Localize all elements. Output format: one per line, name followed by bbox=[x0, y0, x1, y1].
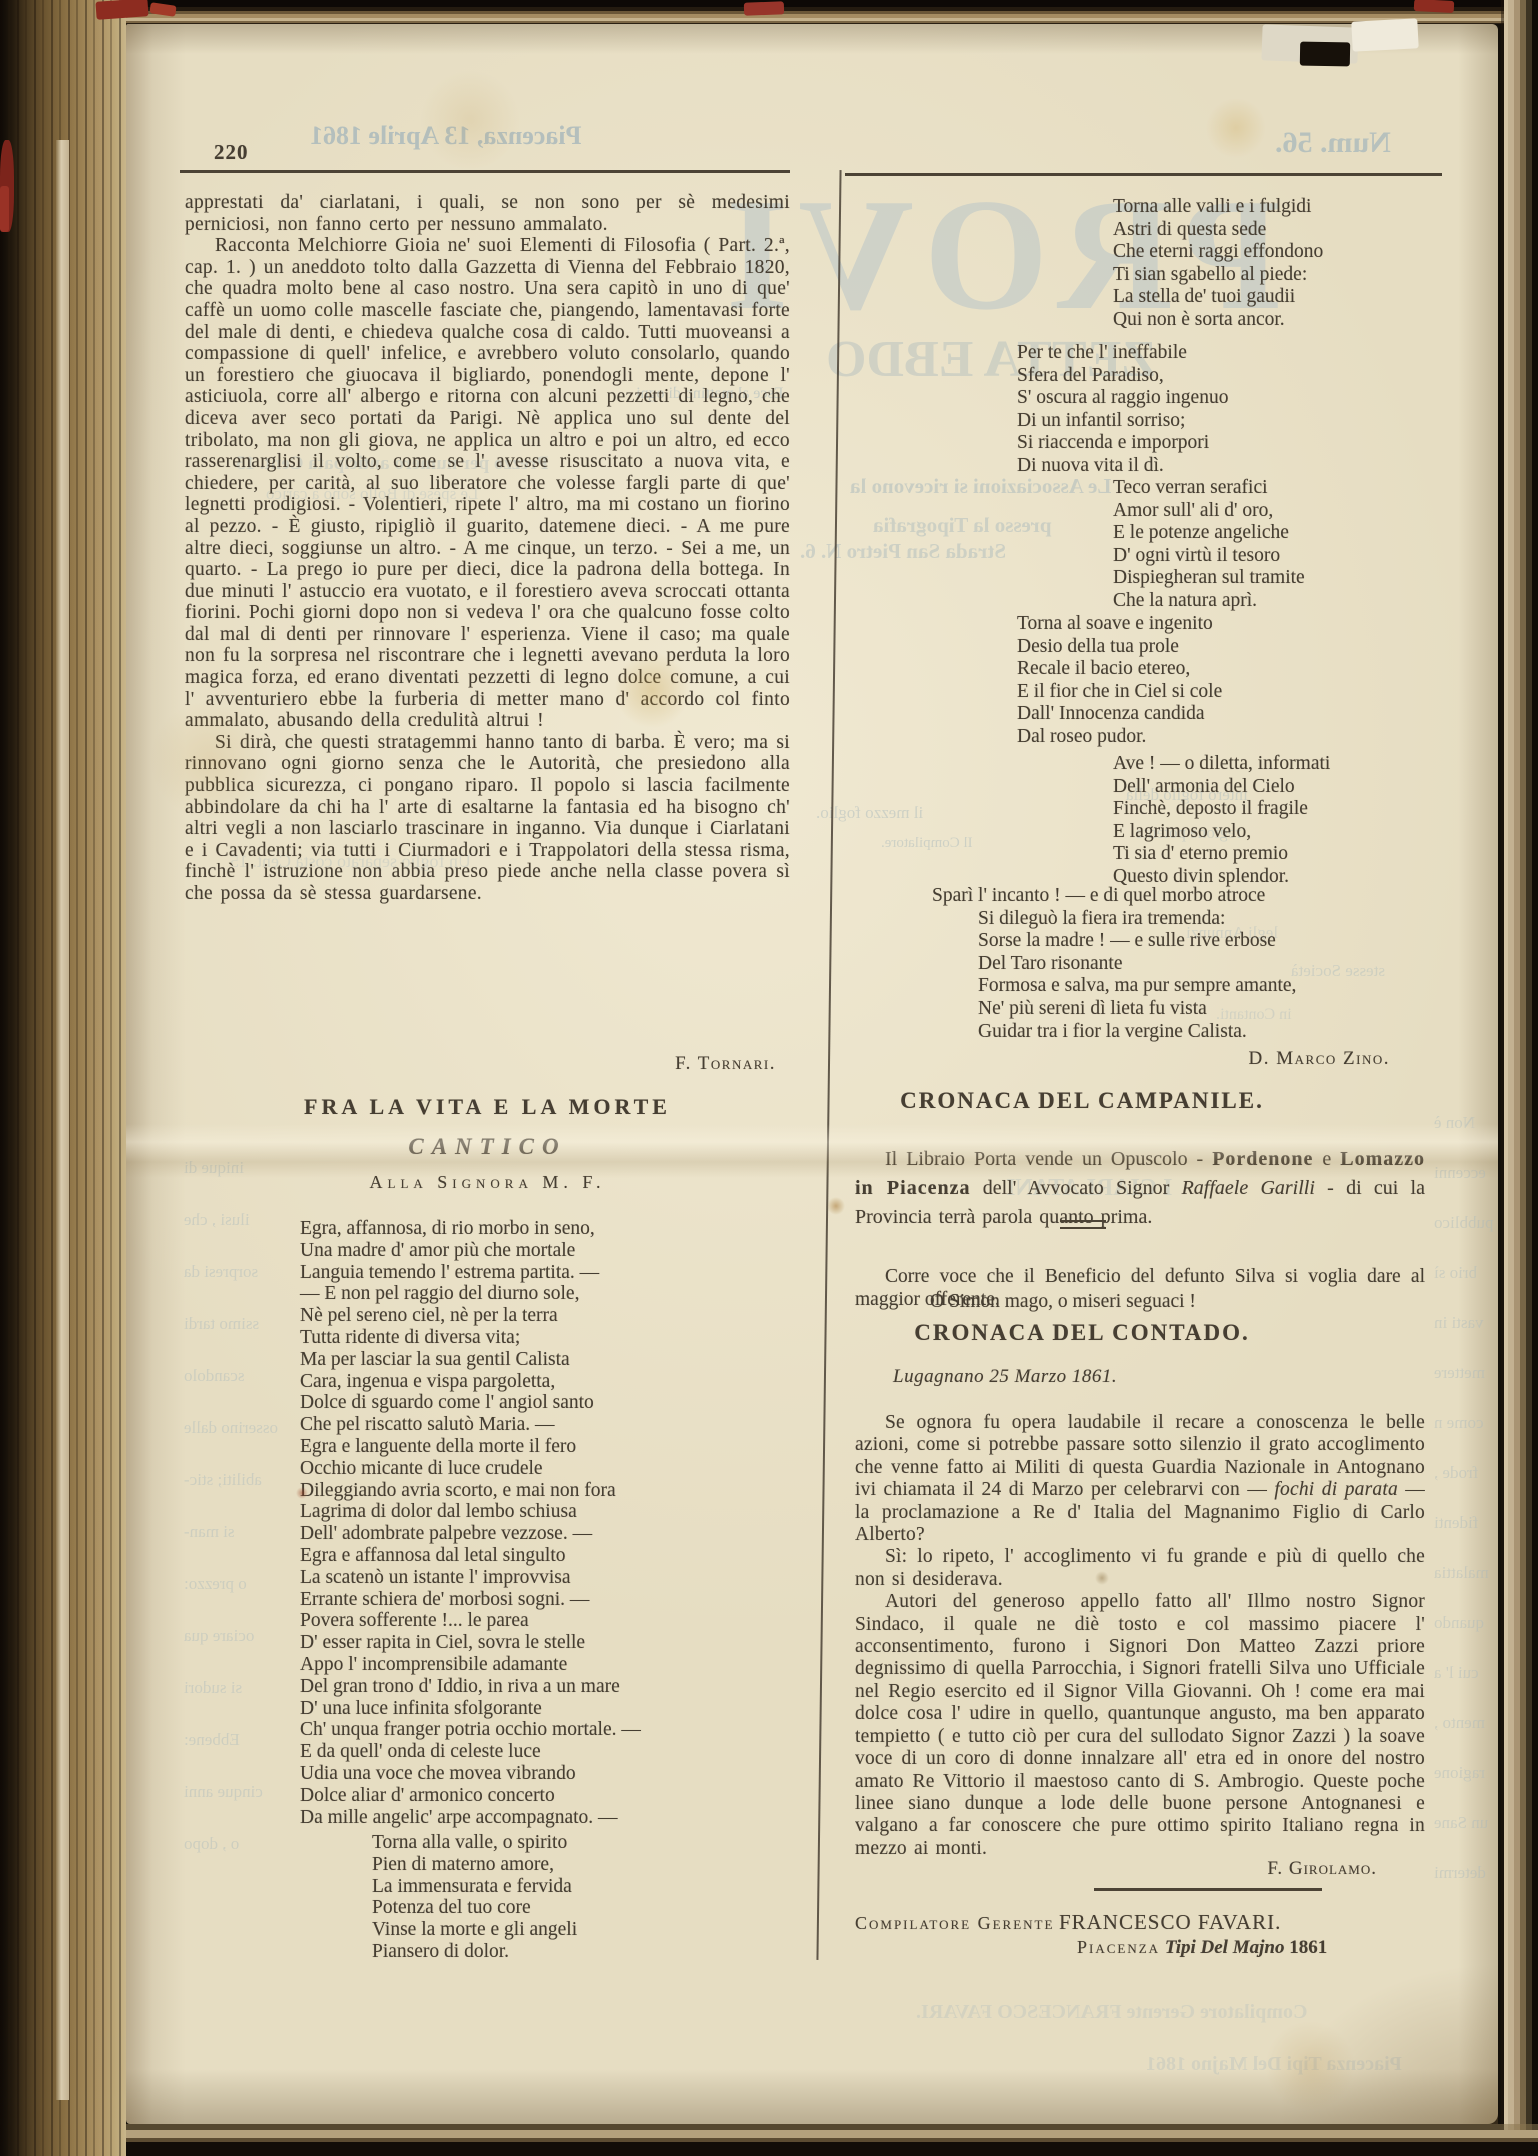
cantico-poem: Egra, affannosa, di rio morbo in seno,Un… bbox=[300, 1218, 641, 1828]
poem-line: Egra e languente della morte il fero bbox=[300, 1436, 641, 1458]
poem-line: Ti sia d' eterno premio bbox=[1113, 843, 1330, 866]
poem-line: — E non pel raggio del diurno sole, bbox=[300, 1283, 641, 1305]
poem-line: Si riaccenda e imporpori bbox=[1017, 432, 1228, 455]
poem-line: La stella de' tuoi gaudii bbox=[1113, 286, 1323, 309]
torn-paper-fragment bbox=[1414, 0, 1455, 13]
poem-line: Ne' più sereni dì lieta fu vista bbox=[978, 998, 1296, 1021]
imprint-printer: Tipi Del Majno bbox=[1165, 1937, 1285, 1958]
imprint-year: 1861 bbox=[1289, 1937, 1327, 1958]
poem-final-stanza: Sparì l' incanto ! — e di quel morbo atr… bbox=[932, 885, 1296, 1043]
bleedthrough-text: Num. 56. bbox=[1275, 128, 1391, 158]
bleedthrough-text: Strada San Pietro N. 6. bbox=[800, 541, 1006, 562]
poem-line: Appo l' incomprensibile adamante bbox=[300, 1654, 641, 1676]
poem-line: Dolce aliar d' armonico concerto bbox=[300, 1785, 641, 1807]
poem-line: Pien di materno amore, bbox=[372, 1854, 577, 1876]
scan-page: Piacenza, 13 Aprile 1861Num. 56.PROVIZET… bbox=[126, 24, 1498, 2124]
poem-subtitle: CANTICO bbox=[185, 1134, 790, 1160]
poem-line: La scatenò un istante l' improvvisa bbox=[300, 1567, 641, 1589]
bleedthrough-text: Non è bbox=[1434, 1114, 1475, 1131]
poem-stanza-5: Ave ! — o diletta, informatiDell' armoni… bbox=[1113, 753, 1330, 889]
poem-line: Amor sull' ali d' oro, bbox=[1113, 500, 1305, 523]
poem-line: Egra, affannosa, di rio morbo in seno, bbox=[300, 1218, 641, 1240]
fochi-di-parata-italic: fochi di parata bbox=[1274, 1479, 1398, 1500]
bleedthrough-text: ilusi , che bbox=[184, 1211, 250, 1228]
bleedthrough-text: Il Compilatore. bbox=[881, 836, 973, 851]
torn-paper-fragment bbox=[1351, 18, 1418, 51]
poem-line: Del gran trono d' Iddio, in riva a un ma… bbox=[300, 1676, 641, 1698]
bleedthrough-text: mento , bbox=[1434, 1714, 1485, 1731]
poem-line: Cara, ingenua e vispa pargoletta, bbox=[300, 1371, 641, 1393]
bleedthrough-text: si sudori bbox=[184, 1679, 242, 1696]
bleedthrough-text: pubblico bbox=[1434, 1214, 1494, 1231]
poem-line: Lagrima di dolor dal lembo schiusa bbox=[300, 1501, 641, 1523]
bleedthrough-text: come n bbox=[1434, 1414, 1484, 1431]
poem-stanza-1: Torna alle valli e i fulgidiAstri di que… bbox=[1113, 196, 1323, 332]
section-title-campanile: CRONACA DEL CAMPANILE. bbox=[797, 1088, 1367, 1114]
poem-line: Che pel riscatto salutò Maria. — bbox=[300, 1414, 641, 1436]
poem-line: Formosa e salva, ma pur sempre amante, bbox=[978, 975, 1296, 998]
poem-line: Occhio micante di luce crudele bbox=[300, 1458, 641, 1480]
poem-line: Del Taro risonante bbox=[978, 953, 1296, 976]
article-charlatans-continuation: apprestati da' ciarlatani, i quali, se n… bbox=[185, 192, 790, 1050]
poem-line: Udia una voce che movea vibrando bbox=[300, 1763, 641, 1785]
poem-stanza-4: Torna al soave e ingenitoDesio della tua… bbox=[1017, 613, 1222, 749]
contado-paragraph: Sì: lo ripeto, l' accoglimento vi fu gra… bbox=[855, 1546, 1425, 1591]
poem-line: D' una luce infinita sfolgorante bbox=[300, 1698, 641, 1720]
scanned-newspaper-page: Piacenza, 13 Aprile 1861Num. 56.PROVIZET… bbox=[0, 0, 1538, 2156]
bleedthrough-text: presso la Tipografia bbox=[873, 515, 1052, 536]
poem-stanza-3: Teco verran seraficiAmor sull' ali d' or… bbox=[1113, 477, 1305, 613]
header-rule-left bbox=[180, 170, 790, 173]
poem-line: Sorse la madre ! — e sulle rive erbose bbox=[978, 930, 1296, 953]
poem-line: Una madre d' amor più che mortale bbox=[300, 1240, 641, 1262]
bleedthrough-text: stesse Società bbox=[1291, 962, 1385, 979]
contado-article: Se ognora fu opera laudabile il recare a… bbox=[855, 1412, 1425, 1882]
poem-line: Dileggiando avria scorto, e mai non fora bbox=[300, 1480, 641, 1502]
compiler-title: Compilatore Gerente bbox=[855, 1913, 1054, 1933]
bleedthrough-text: eccenni bbox=[1434, 1164, 1486, 1181]
article-paragraph: Si dirà, che questi stratagemmi hanno ta… bbox=[185, 732, 790, 905]
bleedthrough-text: mettere bbox=[1434, 1364, 1485, 1381]
campanile-paragraph: Il Libraio Porta vende un Opuscolo - Por… bbox=[855, 1145, 1425, 1232]
campanile-exclamation: O Simon mago, o miseri seguaci ! bbox=[930, 1291, 1196, 1313]
section-title-contado: CRONACA DEL CONTADO. bbox=[797, 1320, 1367, 1346]
poem-line: Per te che l' ineffabile bbox=[1017, 342, 1228, 365]
page-stack-right-edge bbox=[1494, 0, 1538, 2156]
bleedthrough-text: brio sì bbox=[1434, 1264, 1477, 1281]
poem-line: Che la natura aprì. bbox=[1113, 590, 1305, 613]
poem-line: Di un infantil sorriso; bbox=[1017, 410, 1228, 433]
poem-line: Si dileguò la fiera ira tremenda: bbox=[978, 908, 1296, 931]
contado-paragraph: Autori del generoso appello fatto all' I… bbox=[855, 1591, 1425, 1860]
article-signature: F. Tornari. bbox=[185, 1053, 790, 1075]
poem-line: Vinse la morte e gli angeli bbox=[372, 1919, 577, 1941]
poem-line: D' esser rapita in Ciel, sovra le stelle bbox=[300, 1632, 641, 1654]
contado-signature: F. Girolamo. bbox=[855, 1858, 1425, 1880]
campanile-text: e bbox=[1313, 1148, 1340, 1170]
section-separator-rule bbox=[1060, 1220, 1106, 1229]
bleedthrough-text: ssimo tardi bbox=[184, 1315, 259, 1332]
bleedthrough-text: ragione bbox=[1434, 1764, 1485, 1781]
bleedthrough-text: fidenti bbox=[1434, 1514, 1478, 1531]
bleedthrough-text: cui l' a bbox=[1434, 1664, 1479, 1681]
bleedthrough-text: cinque anni bbox=[184, 1783, 263, 1800]
poem-line: Da mille angelic' arpe accompagnato. — bbox=[300, 1807, 641, 1829]
poem-title: FRA LA VITA E LA MORTE bbox=[185, 1094, 790, 1120]
bleedthrough-text: malattia bbox=[1434, 1564, 1489, 1581]
opuscolo-title-bold: Pordenone bbox=[1212, 1148, 1313, 1170]
header-rule-right bbox=[845, 173, 1442, 176]
poem-line: S' oscura al raggio ingenuo bbox=[1017, 387, 1228, 410]
poem-line: Che eterni raggi effondono bbox=[1113, 241, 1323, 264]
bleedthrough-text: Piacenza, 13 Aprile 1861 bbox=[310, 123, 582, 149]
author-name-italic: Raffaele Garilli bbox=[1182, 1177, 1315, 1199]
poem-line: Egra e affannosa dal letal singulto bbox=[300, 1545, 641, 1567]
bleedthrough-text: determi bbox=[1434, 1864, 1486, 1881]
poem-line: E lagrimoso velo, bbox=[1113, 821, 1330, 844]
poem-line: Astri di questa sede bbox=[1113, 219, 1323, 242]
bleedthrough-text: vasti in bbox=[1434, 1314, 1484, 1331]
footer-imprint-line: Piacenza Tipi Del Majno 1861 bbox=[1077, 1937, 1327, 1959]
footer-rule bbox=[1094, 1888, 1322, 1891]
bleedthrough-text: scandolo bbox=[184, 1367, 244, 1384]
poem-line: Ma per lasciar la sua gentil Calista bbox=[300, 1349, 641, 1371]
poem-line: Ti sian sgabello al piede: bbox=[1113, 264, 1323, 287]
poem-line: Ch' unqua franger potria occhio mortale.… bbox=[300, 1719, 641, 1741]
bleedthrough-text: quando bbox=[1434, 1614, 1484, 1631]
poem-line: Sfera del Paradiso, bbox=[1017, 365, 1228, 388]
poem-line: Dolce di sguardo come l' angiol santo bbox=[300, 1392, 641, 1414]
poem-line: Guidar tra i fior la vergine Calista. bbox=[978, 1021, 1296, 1044]
poem-line: Torna al soave e ingenito bbox=[1017, 613, 1222, 636]
poem-line: E da quell' onda di celeste luce bbox=[300, 1741, 641, 1763]
article-paragraph: apprestati da' ciarlatani, i quali, se n… bbox=[185, 192, 790, 235]
bleedthrough-text: sorpresi da bbox=[184, 1263, 258, 1280]
bleedthrough-text: si man- bbox=[184, 1523, 235, 1540]
footer-compiler-line: Compilatore Gerente FRANCESCO FAVARI. bbox=[855, 1910, 1425, 1935]
poem-dedication: Alla Signora M. F. bbox=[185, 1172, 790, 1193]
poem-line: Teco verran serafici bbox=[1113, 477, 1305, 500]
poem-line: La immensurata e fervida bbox=[372, 1876, 577, 1898]
torn-paper-fragment bbox=[744, 1, 784, 15]
poem-line: Languia temendo l' estrema partita. — bbox=[300, 1262, 641, 1284]
poem-line: Dall' Innocenza candida bbox=[1017, 703, 1222, 726]
bleedthrough-text: ociare qua bbox=[184, 1627, 254, 1644]
poem-line: D' ogni virtù il tesoro bbox=[1113, 545, 1305, 568]
poem-line: Dell' armonia del Cielo bbox=[1113, 776, 1330, 799]
poem-line: Desio della tua prole bbox=[1017, 636, 1222, 659]
contado-dateline: Lugagnano 25 Marzo 1861. bbox=[893, 1366, 1117, 1388]
article-paragraph: Racconta Melchiorre Gioia ne' suoi Eleme… bbox=[185, 235, 790, 732]
bleedthrough-text: Compilatore Gerente FRANCESCO FAVARI. bbox=[916, 2002, 1307, 2022]
bleedthrough-text: o prezzo: bbox=[184, 1575, 247, 1592]
poem-line: E le potenze angeliche bbox=[1113, 522, 1305, 545]
poem-line: Torna alla valle, o spirito bbox=[372, 1832, 577, 1854]
poem-line: Dispiegheran sul tramite bbox=[1113, 567, 1305, 590]
bleedthrough-text: osserino dalle bbox=[184, 1419, 278, 1436]
bleedthrough-text: Le Associazioni si ricevono la bbox=[850, 476, 1111, 497]
imprint-place: Piacenza bbox=[1077, 1937, 1160, 1957]
page-stack-top-edge bbox=[126, 0, 1538, 24]
bleedthrough-text: frode , bbox=[1434, 1464, 1478, 1481]
poem-line: Torna alle valli e i fulgidi bbox=[1113, 196, 1323, 219]
poem-line: Povera sofferente !... le parea bbox=[300, 1610, 641, 1632]
poem-line: Dal roseo pudor. bbox=[1017, 726, 1222, 749]
torn-paper-notch bbox=[1300, 42, 1350, 67]
poem-line: Finchè, deposto il fragile bbox=[1113, 798, 1330, 821]
poem-line: Nè pel sereno ciel, nè per la terra bbox=[300, 1305, 641, 1327]
poem-line: Di nuova vita il dì. bbox=[1017, 455, 1228, 478]
page-stack-bottom-edge bbox=[126, 2124, 1538, 2156]
page-number: 220 bbox=[214, 140, 249, 165]
compiler-name: FRANCESCO FAVARI. bbox=[1059, 1910, 1281, 1934]
bleedthrough-text: abiliti; stic- bbox=[184, 1471, 262, 1488]
poem-line: Errante schiera de' morbosi sogni. — bbox=[300, 1589, 641, 1611]
poem-line: Qui non è sorta ancor. bbox=[1113, 309, 1323, 332]
torn-paper-fragment bbox=[0, 186, 9, 232]
bleedthrough-text: o , dopo bbox=[184, 1835, 239, 1852]
page-edge-sliver bbox=[56, 140, 69, 2100]
poem-stanza-2: Per te che l' ineffabileSfera del Paradi… bbox=[1017, 342, 1228, 478]
poem-signature: D. Marco Zino. bbox=[855, 1048, 1425, 1070]
contado-paragraph: Se ognora fu opera laudabile il recare a… bbox=[855, 1412, 1425, 1546]
bleedthrough-text: Ebbene: bbox=[184, 1731, 240, 1748]
poem-line: Ave ! — o diletta, informati bbox=[1113, 753, 1330, 776]
bleedthrough-text: Piacenza Tipi Del Majno 1861 bbox=[1146, 2054, 1402, 2074]
campanile-text: Il Libraio Porta vende un Opuscolo - bbox=[885, 1148, 1212, 1170]
poem-line: Recale il bacio etereo, bbox=[1017, 658, 1222, 681]
bleedthrough-text: un Sane bbox=[1434, 1814, 1488, 1831]
poem-line: Sparì l' incanto ! — e di quel morbo atr… bbox=[932, 885, 1296, 908]
poem-line: Piansero di dolor. bbox=[372, 1941, 577, 1963]
poem-line: E il fior che in Ciel si cole bbox=[1017, 681, 1222, 704]
poem-line: Tutta ridente di diversa vita; bbox=[300, 1327, 641, 1349]
campanile-text: dell' Avvocato Signor bbox=[970, 1177, 1181, 1199]
poem-line: Dell' adombrate palpebre vezzose. — bbox=[300, 1523, 641, 1545]
cantico-closing-stanza: Torna alla valle, o spiritoPien di mater… bbox=[372, 1832, 577, 1963]
poem-line: Potenza del tuo core bbox=[372, 1897, 577, 1919]
